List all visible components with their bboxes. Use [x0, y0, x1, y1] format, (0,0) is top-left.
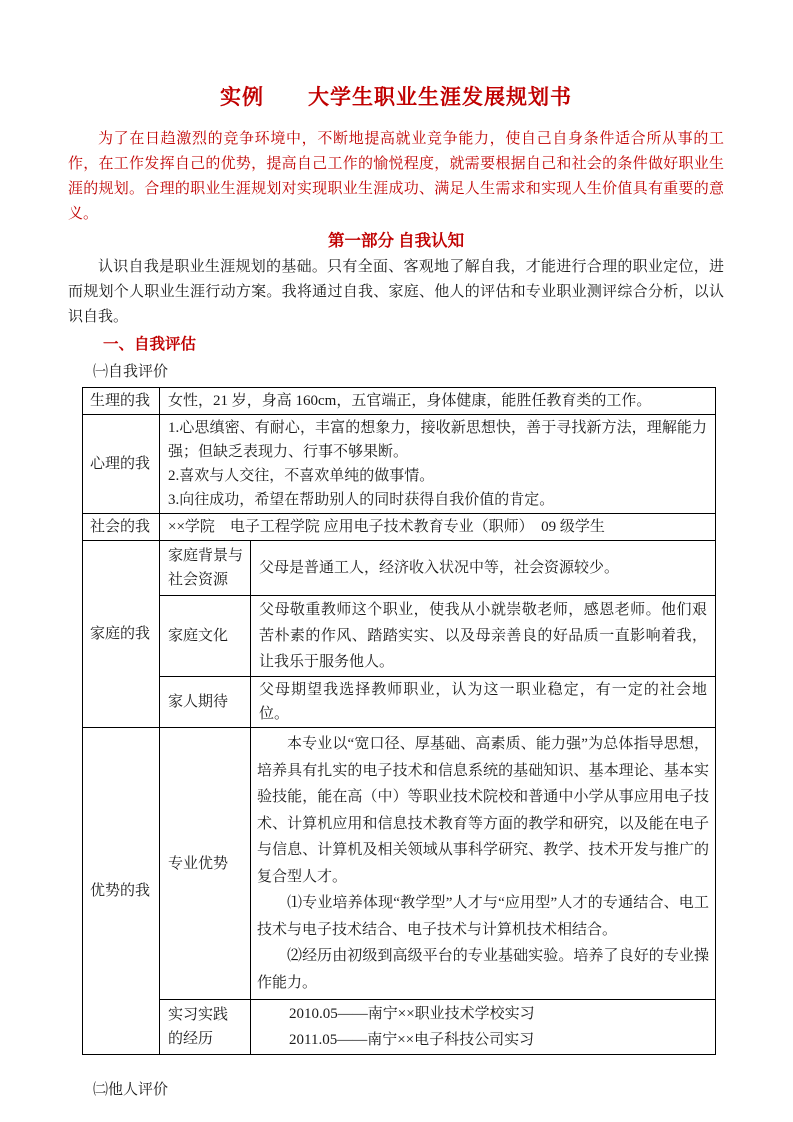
row-strengths-major: 优势的我 专业优势 本专业以“宽口径、厚基础、高素质、能力强”为总体指导思想，培… — [83, 728, 716, 1000]
sublabel-internship: 实习实践 的经历 — [160, 1000, 251, 1055]
cell-family-background-content: 父母是普通工人，经济收入状况中等，社会资源较少。 — [251, 541, 716, 596]
sublabel-family-expectation: 家人期待 — [160, 677, 251, 728]
intro-paragraph: 为了在日趋激烈的竞争环境中，不断地提高就业竞争能力，使自己自身条件适合所从事的工… — [68, 127, 724, 227]
mental-item-2: 2.喜欢与人交往，不喜欢单纯的做事情。 — [168, 464, 707, 488]
row-label-physical: 生理的我 — [83, 388, 160, 415]
sublabel-family-background: 家庭背景与 社会资源 — [160, 541, 251, 596]
sublabel-internship-line2: 的经历 — [168, 1027, 247, 1051]
document-page: 实例大学生职业生涯发展规划书 为了在日趋激烈的竞争环境中，不断地提高就业竞争能力… — [0, 0, 793, 1122]
cell-internship-content: 2010.05——南宁××职业技术学校实习 2011.05——南宁××电子科技公… — [251, 1000, 716, 1055]
part1-heading: 第一部分 自我认知 — [68, 229, 724, 252]
cell-physical-content: 女性，21 岁，身高 160cm，五官端正，身体健康，能胜任教育类的工作。 — [160, 388, 716, 415]
row-label-mental: 心理的我 — [83, 415, 160, 514]
row-internship: 实习实践 的经历 2010.05——南宁××职业技术学校实习 2011.05——… — [83, 1000, 716, 1055]
subheading-others-evaluation: ㈡他人评价 — [68, 1079, 724, 1101]
internship-item-2: 2011.05——南宁××电子科技公司实习 — [259, 1027, 707, 1053]
sublabel-major-strengths: 专业优势 — [160, 728, 251, 1000]
cell-family-expectation-content: 父母期望我选择教师职业，认为这一职业稳定，有一定的社会地位。 — [251, 677, 716, 728]
section-heading-self-assessment: 一、自我评估 — [68, 333, 724, 356]
mental-item-3: 3.向往成功，希望在帮助别人的同时获得自我价值的肯定。 — [168, 488, 707, 512]
row-family-culture: 家庭文化 父母敬重教师这个职业，使我从小就崇敬老师，感恩老师。他们艰苦朴素的作风… — [83, 596, 716, 677]
row-label-social: 社会的我 — [83, 514, 160, 541]
row-family-expectation: 家人期待 父母期望我选择教师职业，认为这一职业稳定，有一定的社会地位。 — [83, 677, 716, 728]
subheading-self-evaluation: ㈠自我评价 — [68, 361, 724, 383]
major-strengths-paragraph-1: 本专业以“宽口径、厚基础、高素质、能力强”为总体指导思想，培养具有扎实的电子技术… — [257, 731, 709, 890]
cell-mental-content: 1.心思缜密、有耐心，丰富的想象力，接收新思想快，善于寻找新方法，理解能力强；但… — [160, 415, 716, 514]
row-social: 社会的我 ××学院 电子工程学院 应用电子技术教育专业（职师） 09 级学生 — [83, 514, 716, 541]
major-strengths-paragraph-2: ⑴专业培养体现“教学型”人才与“应用型”人才的专通结合、电工技术与电子技术结合、… — [257, 890, 709, 943]
document-title-prefix: 实例 — [220, 85, 264, 109]
cell-social-content: ××学院 电子工程学院 应用电子技术教育专业（职师） 09 级学生 — [160, 514, 716, 541]
row-label-strengths: 优势的我 — [83, 728, 160, 1055]
sublabel-family-culture: 家庭文化 — [160, 596, 251, 677]
document-title-main: 大学生职业生涯发展规划书 — [308, 85, 572, 109]
cell-family-culture-content: 父母敬重教师这个职业，使我从小就崇敬老师，感恩老师。他们艰苦朴素的作风、踏踏实实… — [251, 596, 716, 677]
sublabel-internship-line1: 实习实践 — [168, 1003, 247, 1027]
internship-item-1: 2010.05——南宁××职业技术学校实习 — [259, 1001, 707, 1027]
self-evaluation-table: 生理的我 女性，21 岁，身高 160cm，五官端正，身体健康，能胜任教育类的工… — [82, 387, 716, 1055]
mental-item-1: 1.心思缜密、有耐心，丰富的想象力，接收新思想快，善于寻找新方法，理解能力强；但… — [168, 416, 707, 464]
major-strengths-paragraph-3: ⑵经历由初级到高级平台的专业基础实验。培养了良好的专业操作能力。 — [257, 943, 709, 996]
part1-paragraph: 认识自我是职业生涯规划的基础。只有全面、客观地了解自我，才能进行合理的职业定位，… — [68, 255, 724, 330]
sublabel-family-background-line1: 家庭背景与 — [168, 544, 247, 568]
sublabel-family-background-line2: 社会资源 — [168, 568, 247, 592]
document-title: 实例大学生职业生涯发展规划书 — [68, 84, 724, 111]
cell-major-strengths-content: 本专业以“宽口径、厚基础、高素质、能力强”为总体指导思想，培养具有扎实的电子技术… — [251, 728, 716, 1000]
row-label-family: 家庭的我 — [83, 541, 160, 728]
row-physical: 生理的我 女性，21 岁，身高 160cm，五官端正，身体健康，能胜任教育类的工… — [83, 388, 716, 415]
row-family-background: 家庭的我 家庭背景与 社会资源 父母是普通工人，经济收入状况中等，社会资源较少。 — [83, 541, 716, 596]
row-mental: 心理的我 1.心思缜密、有耐心，丰富的想象力，接收新思想快，善于寻找新方法，理解… — [83, 415, 716, 514]
